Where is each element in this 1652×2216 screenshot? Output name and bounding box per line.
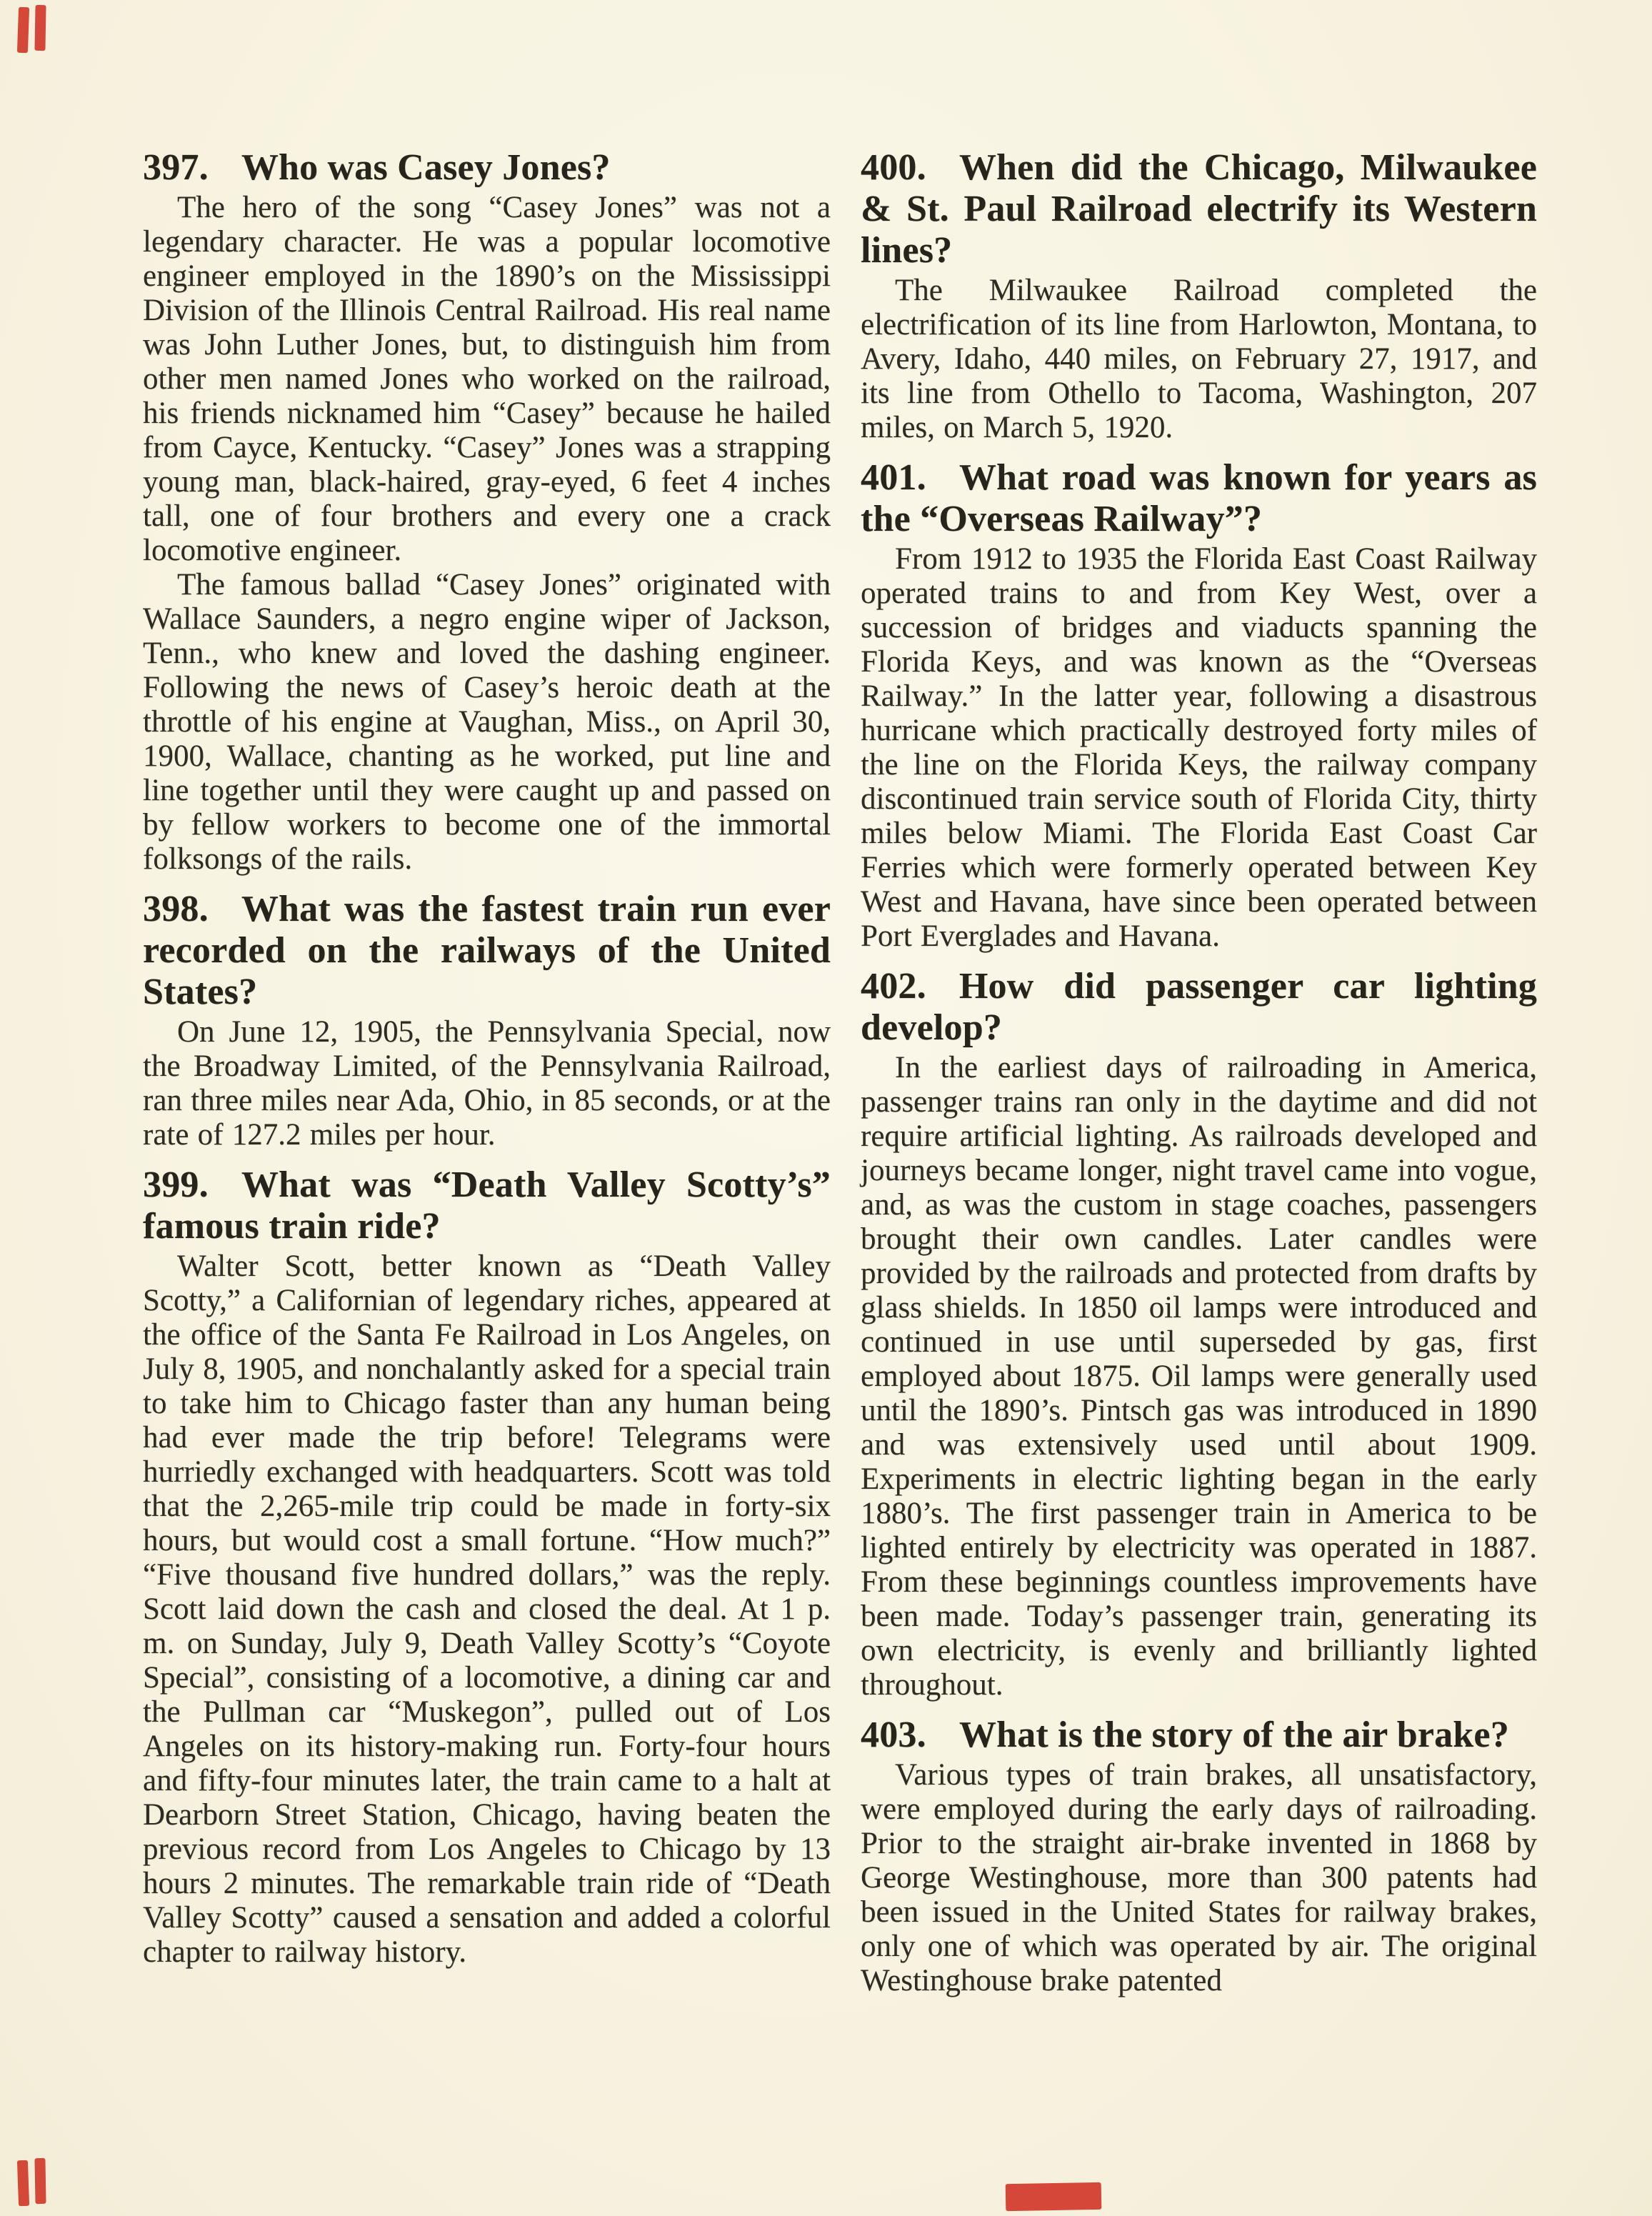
question-number: 402. — [861, 966, 926, 1007]
red-scan-mark-top-left-2 — [34, 5, 46, 51]
qa-section-399: 399.What was “Death Valley Scotty’s” fam… — [143, 1164, 831, 1970]
question-number: 398. — [143, 889, 209, 929]
question-heading-400: 400.When did the Chicago, Milwaukee & St… — [861, 147, 1537, 271]
qa-section-400: 400.When did the Chicago, Milwaukee & St… — [861, 147, 1537, 445]
question-number: 401. — [861, 457, 926, 498]
qa-section-402: 402.How did passenger car lighting devel… — [861, 966, 1537, 1702]
answer-paragraph: Various types of train brakes, all unsat… — [861, 1758, 1537, 1998]
red-scan-mark-bottom-left-2 — [34, 2158, 46, 2204]
question-heading-399: 399.What was “Death Valley Scotty’s” fam… — [143, 1164, 831, 1247]
book-page: 397.Who was Casey Jones? The hero of the… — [0, 0, 1652, 2216]
question-number: 403. — [861, 1715, 926, 1755]
answer-paragraph: The famous ballad “Casey Jones” originat… — [143, 568, 831, 877]
question-number: 400. — [861, 147, 926, 188]
question-text: When did the Chicago, Milwaukee & St. Pa… — [861, 147, 1537, 271]
answer-paragraph: The Milwaukee Railroad completed the ele… — [861, 274, 1537, 445]
question-text: What was the fastest train run ever reco… — [143, 889, 831, 1012]
answer-paragraph: Walter Scott, better known as “Death Val… — [143, 1249, 831, 1970]
question-heading-403: 403.What is the story of the air brake? — [861, 1715, 1537, 1756]
question-text: How did passenger car lighting develop? — [861, 966, 1537, 1048]
right-column: 400.When did the Chicago, Milwaukee & St… — [861, 147, 1537, 1998]
answer-paragraph: On June 12, 1905, the Pennsylvania Speci… — [143, 1015, 831, 1152]
question-heading-401: 401.What road was known for years as the… — [861, 457, 1537, 540]
answer-paragraph: In the earliest days of railroading in A… — [861, 1051, 1537, 1702]
qa-section-401: 401.What road was known for years as the… — [861, 457, 1537, 954]
question-text: Who was Casey Jones? — [241, 147, 611, 188]
qa-section-398: 398.What was the fastest train run ever … — [143, 889, 831, 1152]
qa-section-403: 403.What is the story of the air brake? … — [861, 1715, 1537, 1998]
question-number: 399. — [143, 1164, 209, 1205]
answer-paragraph: The hero of the song “Casey Jones” was n… — [143, 191, 831, 568]
answer-paragraph: From 1912 to 1935 the Florida East Coast… — [861, 542, 1537, 954]
question-heading-402: 402.How did passenger car lighting devel… — [861, 966, 1537, 1049]
question-heading-398: 398.What was the fastest train run ever … — [143, 889, 831, 1013]
question-text: What road was known for years as the “Ov… — [861, 457, 1537, 539]
question-number: 397. — [143, 147, 209, 188]
question-text: What was “Death Valley Scotty’s” famous … — [143, 1164, 831, 1247]
red-scan-mark-bottom-left-1 — [17, 2160, 29, 2206]
qa-section-397: 397.Who was Casey Jones? The hero of the… — [143, 147, 831, 877]
question-text: What is the story of the air brake? — [959, 1715, 1509, 1755]
red-scan-mark-top-left-1 — [17, 7, 29, 53]
question-heading-397: 397.Who was Casey Jones? — [143, 147, 831, 189]
red-scan-mark-bottom-right — [1006, 2182, 1102, 2211]
left-column: 397.Who was Casey Jones? The hero of the… — [143, 147, 831, 1970]
